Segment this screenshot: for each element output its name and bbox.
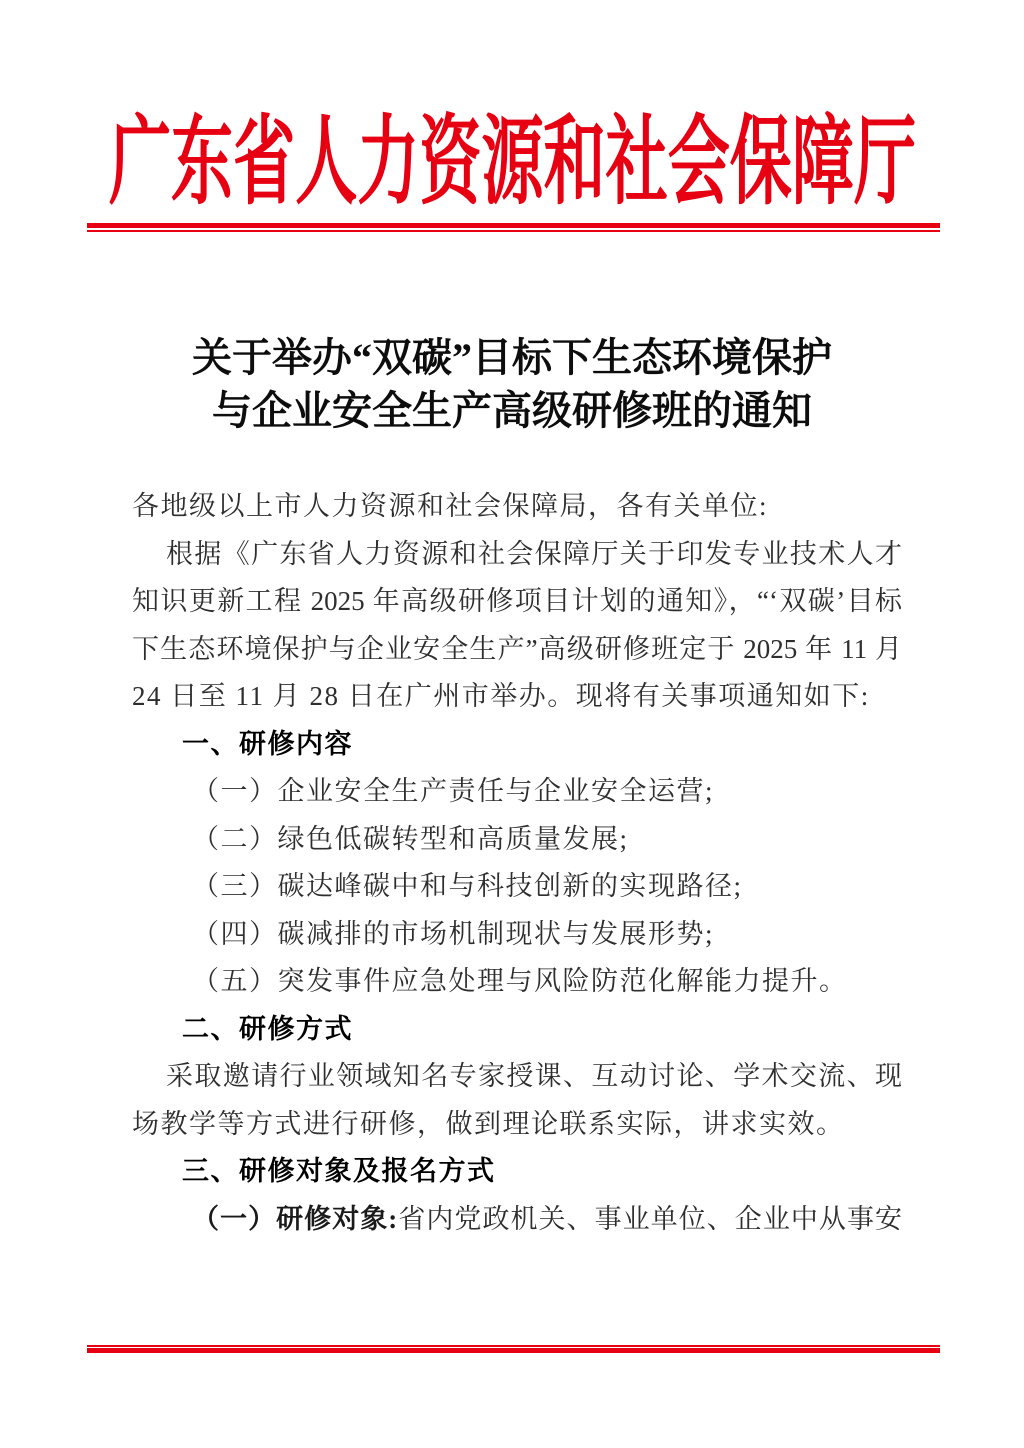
document-page: 广东省人力资源和社会保障厅 关于举办“双碳”目标下生态环境保护 与企业安全生产高… bbox=[0, 0, 1024, 1448]
body-line: 一、研修内容 bbox=[132, 721, 902, 769]
document-title-line1: 关于举办“双碳”目标下生态环境保护 bbox=[0, 331, 1024, 384]
body-line-text: 下生态环境保护与企业安全生产”高级研修班定于 2025 年 11 月 bbox=[132, 634, 902, 664]
header-double-rule bbox=[87, 223, 940, 232]
body-line-text: 一、研修内容 bbox=[182, 729, 353, 759]
body-line-text: （五）突发事件应急处理与风险防范化解能力提升。 bbox=[192, 966, 848, 996]
body-line: 场教学等方式进行研修，做到理论联系实际，讲求实效。 bbox=[132, 1101, 902, 1149]
body-line: 采取邀请行业领域知名专家授课、互动讨论、学术交流、现 bbox=[132, 1053, 902, 1101]
body-line: 三、研修对象及报名方式 bbox=[132, 1148, 902, 1196]
body-line: （五）突发事件应急处理与风险防范化解能力提升。 bbox=[132, 958, 902, 1006]
body-line: （三）碳达峰碳中和与科技创新的实现路径; bbox=[132, 863, 902, 911]
org-header: 广东省人力资源和社会保障厅 bbox=[0, 112, 1024, 214]
body-line-text: 知识更新工程 2025 年高级研修项目计划的通知》，“‘双碳’目标 bbox=[132, 586, 902, 616]
body-line-text: 省内党政机关、事业单位、企业中从事安 bbox=[397, 1204, 902, 1234]
body-line-text: （二）绿色低碳转型和高质量发展; bbox=[192, 824, 629, 854]
body-line-text: （四）碳减排的市场机制现状与发展形势; bbox=[192, 919, 714, 949]
body-line-text: 三、研修对象及报名方式 bbox=[182, 1156, 496, 1186]
body-line: 各地级以上市人力资源和社会保障局，各有关单位: bbox=[132, 483, 902, 531]
body-line-text: 场教学等方式进行研修，做到理论联系实际，讲求实效。 bbox=[132, 1109, 845, 1139]
footer-rule-thick bbox=[87, 1348, 940, 1353]
document-title: 关于举办“双碳”目标下生态环境保护 与企业安全生产高级研修班的通知 bbox=[0, 331, 1024, 437]
body-line: （一）研修对象:省内党政机关、事业单位、企业中从事安 bbox=[132, 1196, 902, 1244]
org-name-title: 广东省人力资源和社会保障厅 bbox=[108, 112, 915, 214]
body-line-text: （一）企业安全生产责任与企业安全运营; bbox=[192, 776, 714, 806]
body-line-text: 各地级以上市人力资源和社会保障局，各有关单位: bbox=[132, 491, 768, 521]
body-line: （一）企业安全生产责任与企业安全运营; bbox=[132, 768, 902, 816]
body-line: 24 日至 11 月 28 日在广州市举办。现将有关事项通知如下: bbox=[132, 673, 902, 721]
body-line-text: 24 日至 11 月 28 日在广州市举办。现将有关事项通知如下: bbox=[132, 681, 870, 711]
body-line-lead: （一）研修对象: bbox=[192, 1204, 397, 1234]
footer-double-rule bbox=[87, 1345, 940, 1353]
body-line: 下生态环境保护与企业安全生产”高级研修班定于 2025 年 11 月 bbox=[132, 626, 902, 674]
body-line-text: 采取邀请行业领域知名专家授课、互动讨论、学术交流、现 bbox=[166, 1061, 902, 1091]
header-rule-thin bbox=[87, 230, 940, 232]
footer-rule-thin bbox=[87, 1345, 940, 1347]
body-line: （二）绿色低碳转型和高质量发展; bbox=[132, 816, 902, 864]
body-line: 知识更新工程 2025 年高级研修项目计划的通知》，“‘双碳’目标 bbox=[132, 578, 902, 626]
header-rule-thick bbox=[87, 223, 940, 228]
body-line-text: 二、研修方式 bbox=[182, 1014, 353, 1044]
body-line-text: 根据《广东省人力资源和社会保障厅关于印发专业技术人才 bbox=[166, 539, 902, 569]
document-title-line2: 与企业安全生产高级研修班的通知 bbox=[0, 384, 1024, 437]
body-line-text: （三）碳达峰碳中和与科技创新的实现路径; bbox=[192, 871, 743, 901]
body-line: 二、研修方式 bbox=[132, 1006, 902, 1054]
body-line: （四）碳减排的市场机制现状与发展形势; bbox=[132, 911, 902, 959]
body-line: 根据《广东省人力资源和社会保障厅关于印发专业技术人才 bbox=[132, 531, 902, 579]
document-body: 各地级以上市人力资源和社会保障局，各有关单位: 根据《广东省人力资源和社会保障厅… bbox=[132, 483, 902, 1243]
